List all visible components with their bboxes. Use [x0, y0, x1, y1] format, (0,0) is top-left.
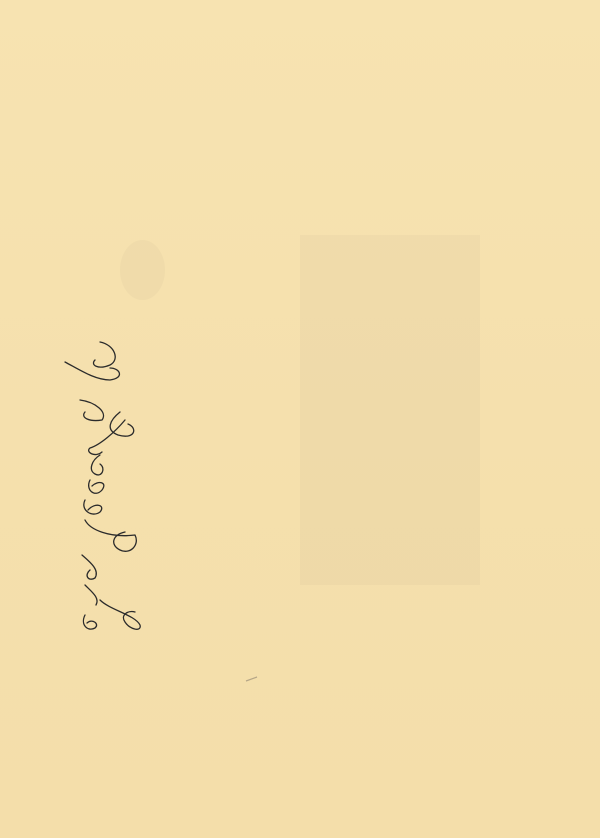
show-through-text: [70, 148, 540, 168]
handwritten-signature: [40, 340, 170, 640]
paper-card: [0, 0, 600, 838]
pencil-mark: [245, 675, 259, 683]
show-through-image: [300, 235, 480, 585]
show-through-mark: [120, 240, 165, 300]
